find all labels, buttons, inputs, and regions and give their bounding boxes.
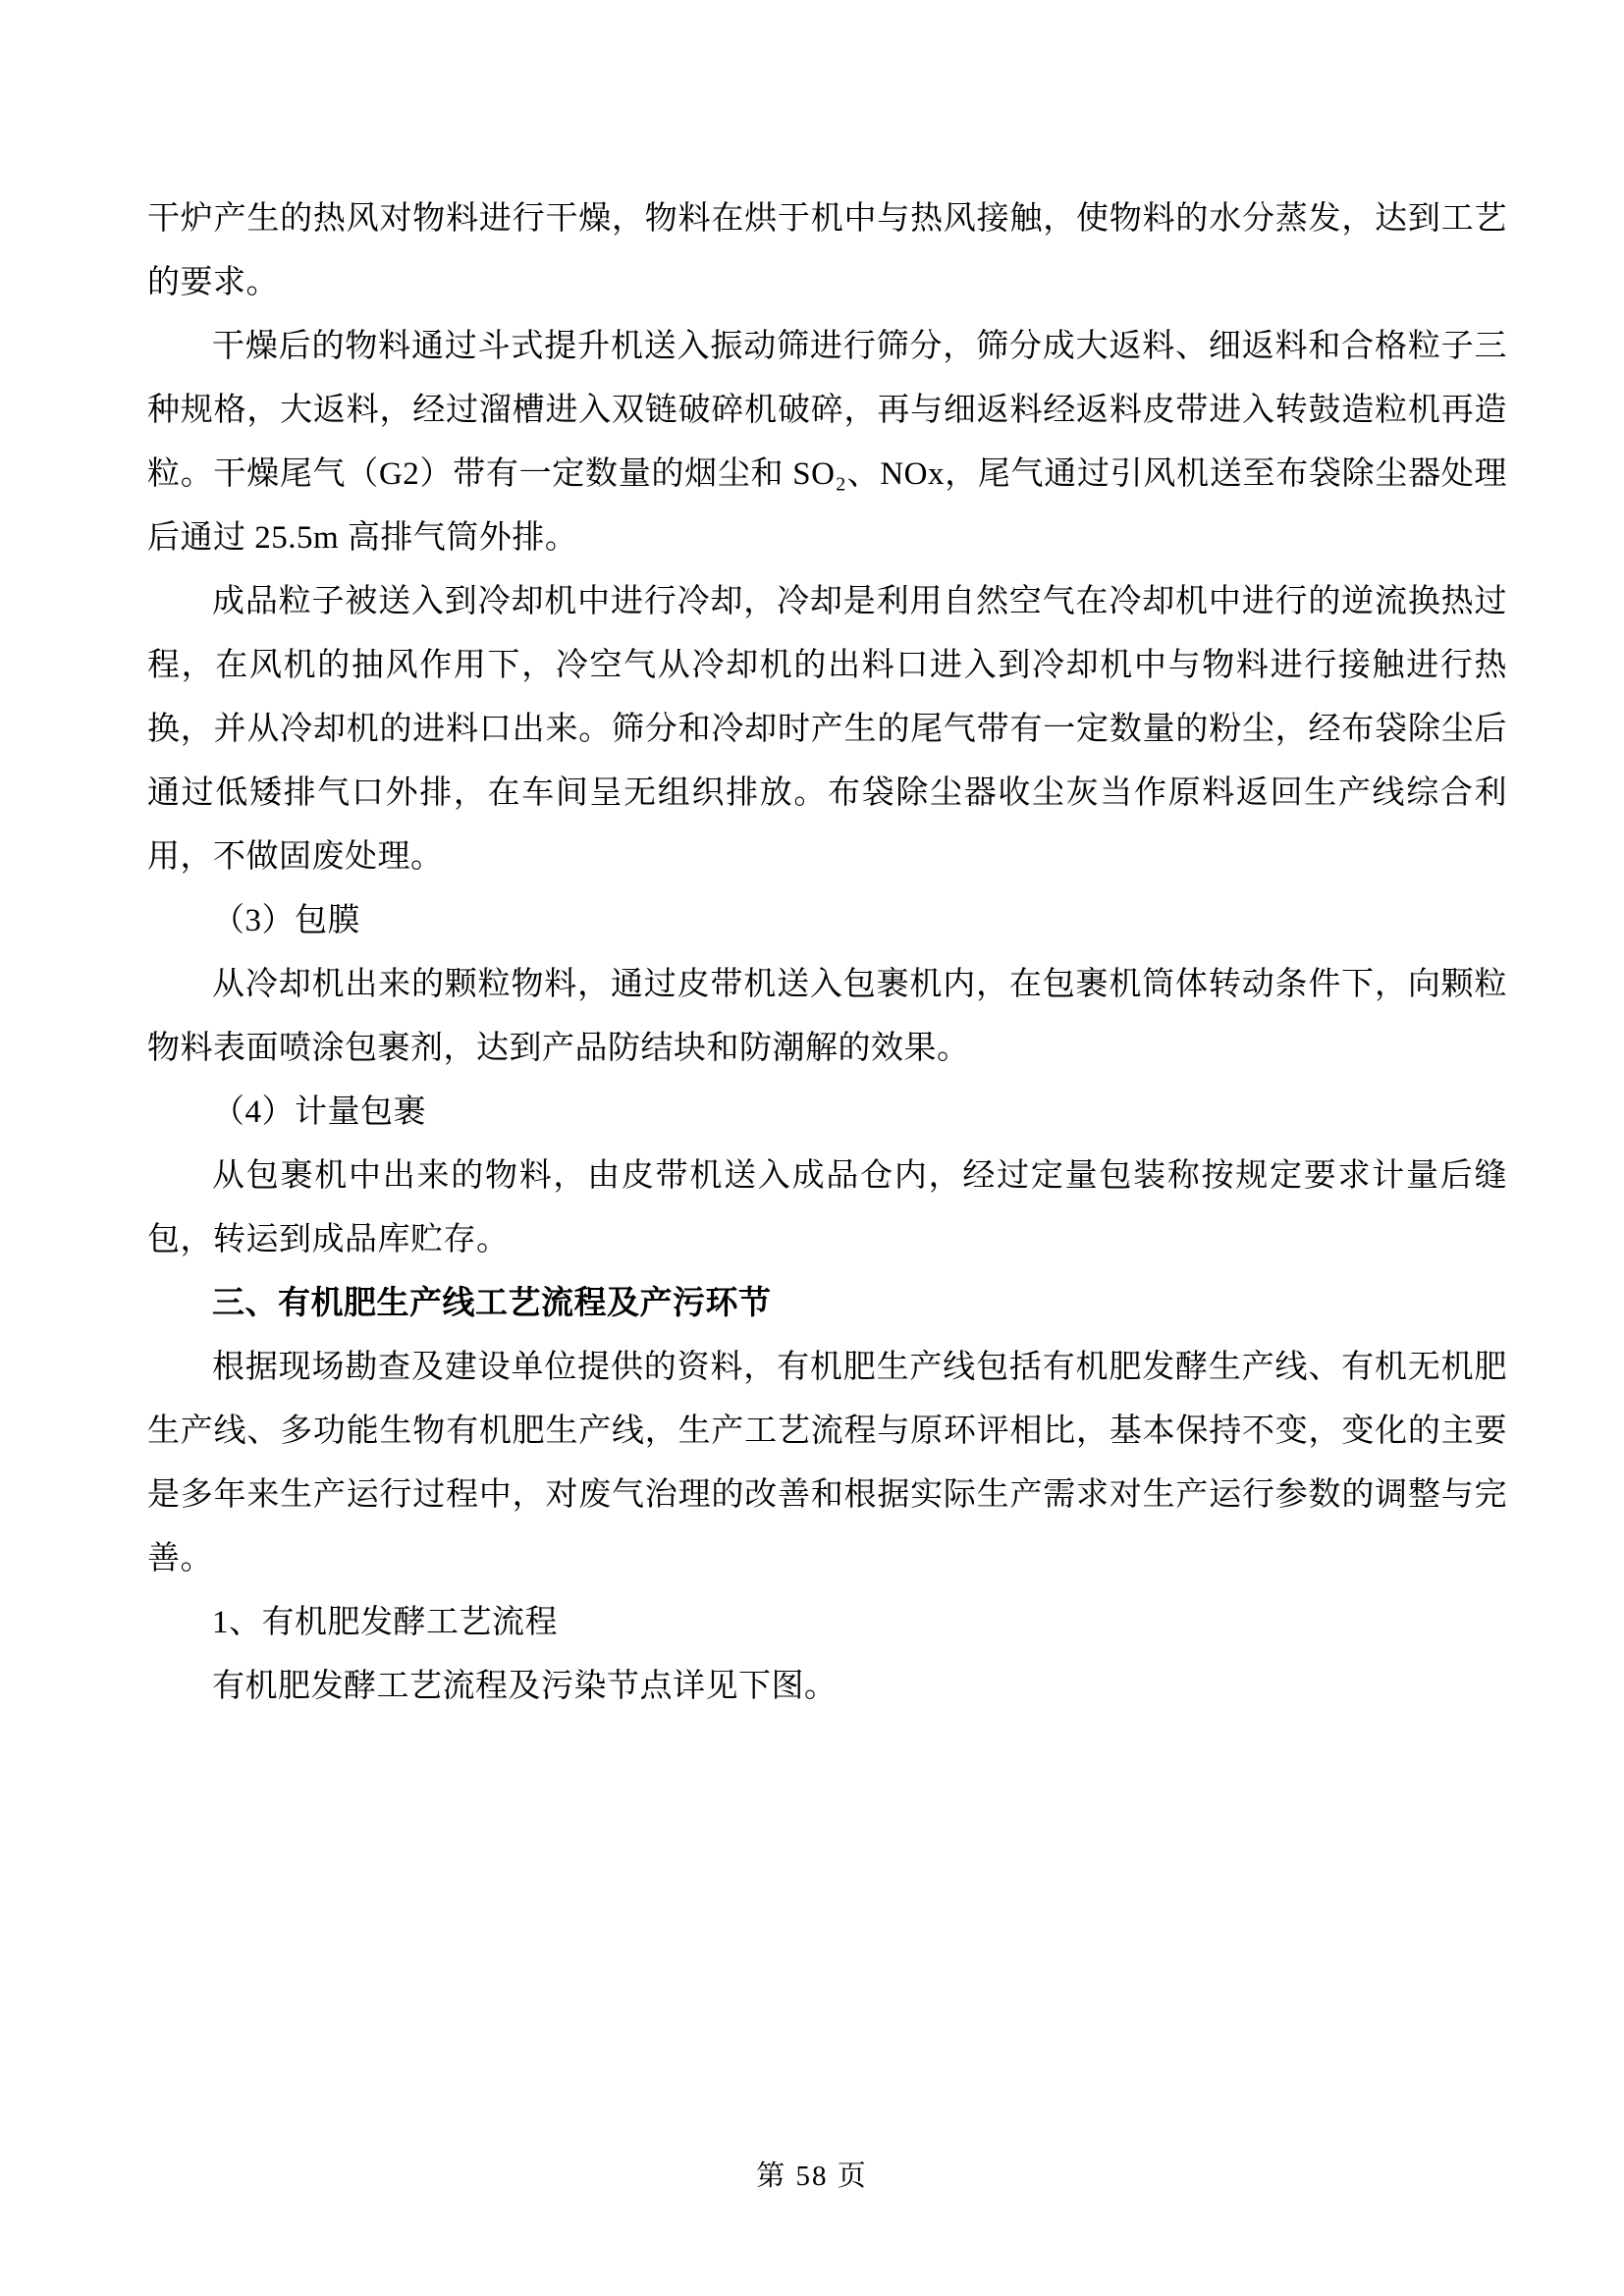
- subheading-coating: （3）包膜: [147, 889, 1507, 953]
- subheading-fermentation-process: 1、有机肥发酵工艺流程: [147, 1591, 1507, 1655]
- paragraph-production-lines-overview: 根据现场勘查及建设单位提供的资料，有机肥生产线包括有机肥发酵生产线、有机无机肥生…: [147, 1336, 1507, 1591]
- paragraph-cooling: 成品粒子被送入到冷却机中进行冷却，冷却是利用自然空气在冷却机中进行的逆流换热过程…: [147, 570, 1507, 889]
- document-page: 干炉产生的热风对物料进行干燥，物料在烘于机中与热风接触，使物料的水分蒸发，达到工…: [0, 0, 1624, 2296]
- subheading-weighing-packing: （4）计量包裹: [147, 1081, 1507, 1145]
- page-number: 第 58 页: [756, 2161, 868, 2192]
- paragraph-coating: 从冷却机出来的颗粒物料，通过皮带机送入包裹机内，在包裹机筒体转动条件下，向颗粒物…: [147, 953, 1507, 1081]
- paragraph-fermentation-diagram-note: 有机肥发酵工艺流程及污染节点详见下图。: [147, 1655, 1507, 1719]
- section-heading-organic-fertilizer-process: 三、有机肥生产线工艺流程及产污环节: [147, 1272, 1507, 1336]
- page-footer: 第 58 页: [0, 2156, 1624, 2197]
- paragraph-drying-continuation: 干炉产生的热风对物料进行干燥，物料在烘于机中与热风接触，使物料的水分蒸发，达到工…: [147, 187, 1507, 315]
- paragraph-weighing-packing: 从包裹机中出来的物料，由皮带机送入成品仓内，经过定量包装称按规定要求计量后缝包，…: [147, 1145, 1507, 1272]
- paragraph-screening-crushing: 干燥后的物料通过斗式提升机送入振动筛进行筛分，筛分成大返料、细返料和合格粒子三种…: [147, 315, 1507, 570]
- document-body: 干炉产生的热风对物料进行干燥，物料在烘于机中与热风接触，使物料的水分蒸发，达到工…: [147, 187, 1507, 1719]
